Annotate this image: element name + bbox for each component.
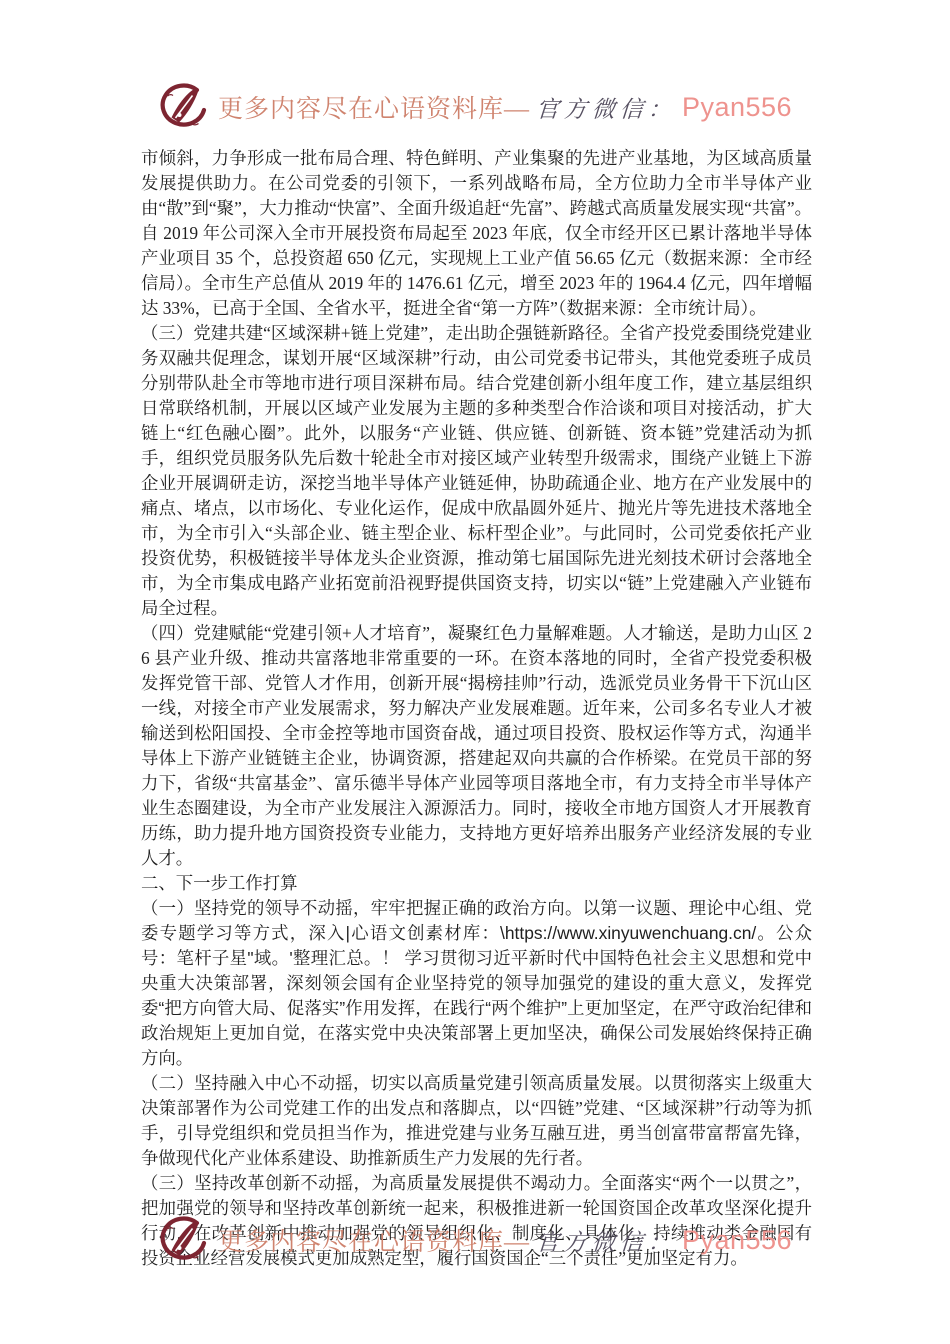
paragraph-section-3: （三）党建共建“区域深耕+链上党建”，走出助企强链新路径。全省产投党委围绕党建业…	[141, 321, 812, 621]
watermark-slogan: 更多内容尽在心语资料库—	[218, 89, 530, 125]
pen-nib-logo-icon	[158, 83, 210, 131]
document-page: 更多内容尽在心语资料库— 官方微信： Pyan556 市倾斜，力争形成一批布局合…	[0, 0, 950, 1344]
section-heading-next-steps: 二、下一步工作打算	[141, 871, 812, 896]
watermark-wechat-id: Pyan556	[682, 92, 792, 123]
watermark-slogan: 更多内容尽在心语资料库—	[218, 1222, 530, 1258]
watermark-wechat-id: Pyan556	[682, 1225, 792, 1256]
paragraph-plan-1: （一）坚持党的领导不动摇，牢牢把握正确的政治方向。以第一议题、理论中心组、党委专…	[141, 896, 812, 1071]
document-body: 市倾斜，力争形成一批布局合理、特色鲜明、产业集聚的先进产业基地，为区域高质量发展…	[141, 146, 812, 1271]
watermark-wechat-label: 官方微信：	[535, 91, 677, 124]
paragraph-plan-2: （二）坚持融入中心不动摇，切实以高质量党建引领高质量发展。以贯彻落实上级重大决策…	[141, 1071, 812, 1171]
paragraph-section-4: （四）党建赋能“党建引领+人才培育”，凝聚红色力量解难题。人才输送，是助力山区 …	[141, 621, 812, 871]
pen-nib-logo-icon	[158, 1216, 210, 1264]
footer-watermark: 更多内容尽在心语资料库— 官方微信： Pyan556	[0, 1216, 950, 1264]
watermark-wechat-label: 官方微信：	[535, 1224, 677, 1257]
paragraph-continuation: 市倾斜，力争形成一批布局合理、特色鲜明、产业集聚的先进产业基地，为区域高质量发展…	[141, 146, 812, 321]
header-watermark: 更多内容尽在心语资料库— 官方微信： Pyan556	[0, 83, 950, 131]
